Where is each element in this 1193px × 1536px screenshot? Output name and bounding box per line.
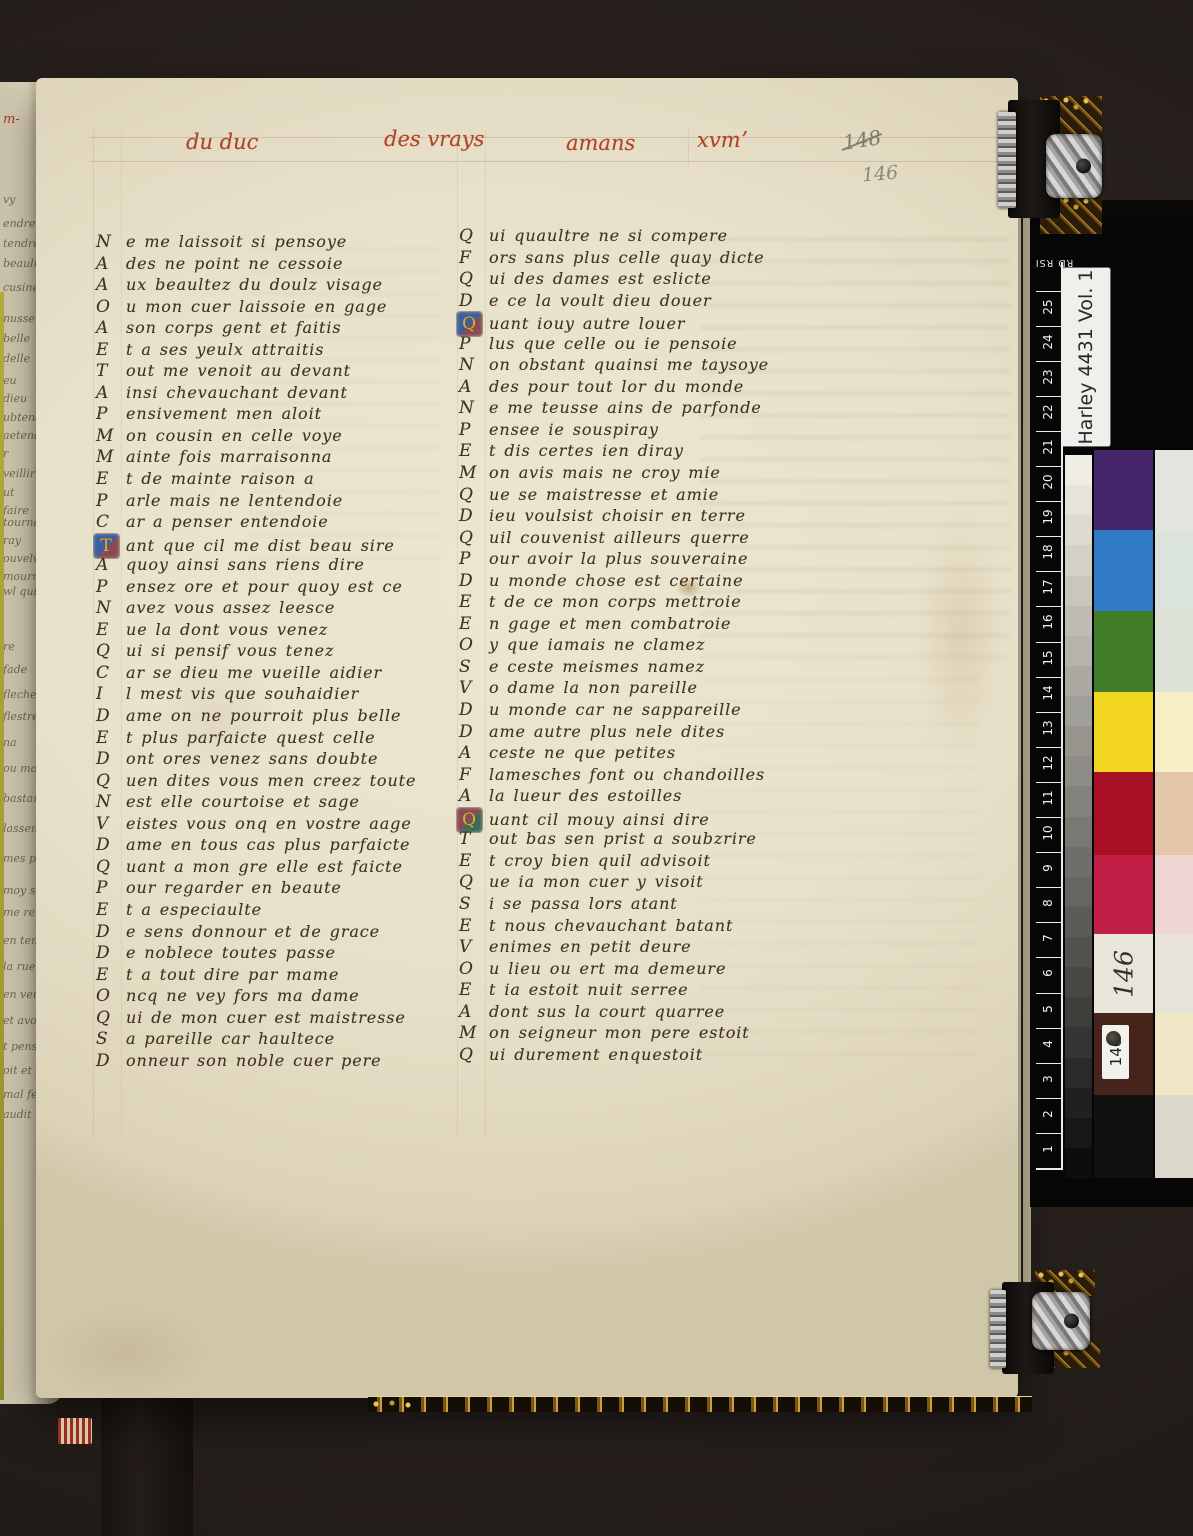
line-initial: T xyxy=(96,361,117,381)
line-initial: E xyxy=(96,620,117,640)
grayscale-step xyxy=(1065,576,1092,607)
line-initial: A xyxy=(96,555,117,575)
text-line: En gage et men combatroie xyxy=(459,614,831,636)
line-text: ue la dont vous venez xyxy=(126,620,328,639)
line-initial: A xyxy=(96,275,117,295)
text-line: Mon avis mais ne croy mie xyxy=(459,463,831,485)
line-initial: Q xyxy=(459,269,480,289)
line-text: dont sus la court quarree xyxy=(489,1002,725,1021)
ruler-unit: 9 xyxy=(1036,852,1062,888)
line-initial: Q xyxy=(96,641,117,661)
ruler-unit: 20 xyxy=(1036,466,1062,502)
ruler-unit: 21 xyxy=(1036,431,1062,467)
line-initial: V xyxy=(459,937,480,957)
line-text: our avoir la plus souveraine xyxy=(489,549,748,568)
text-line: Du monde chose est certaine xyxy=(459,571,831,593)
line-initial: A xyxy=(459,743,480,763)
line-initial: Q xyxy=(459,1045,480,1065)
line-initial: N xyxy=(459,398,480,418)
line-initial: S xyxy=(459,657,480,677)
line-initial: F xyxy=(459,248,480,268)
ruler-number: 9 xyxy=(1041,857,1055,879)
line-initial: Q xyxy=(459,226,480,246)
grayscale-step xyxy=(1065,877,1092,908)
ruler-unit: 5 xyxy=(1036,993,1062,1029)
line-text: on avis mais ne croy mie xyxy=(489,463,721,482)
line-text: on cousin en celle voye xyxy=(126,426,343,445)
running-title-word: des vrays xyxy=(384,127,484,151)
edge-text-fragment: vy xyxy=(3,193,16,206)
line-text: ar a penser entendoie xyxy=(126,512,329,531)
ruler-number: 25 xyxy=(1041,296,1055,318)
ruler-unit: 6 xyxy=(1036,957,1062,993)
text-line: Se ceste meismes namez xyxy=(459,657,831,679)
ruling-line xyxy=(90,161,1010,162)
line-initial: D xyxy=(459,571,480,591)
line-initial: I xyxy=(96,684,117,704)
edge-text-fragment: re xyxy=(3,640,15,653)
ruler-unit: 24 xyxy=(1036,326,1062,362)
text-line: Dame en tous cas plus parfaicte xyxy=(96,835,456,857)
text-line: Sa pareille car haultece xyxy=(96,1029,456,1051)
line-initial: E xyxy=(96,728,117,748)
text-line: Pensivement men aloit xyxy=(96,404,456,426)
text-line: Qui durement enquestoit xyxy=(459,1045,831,1067)
line-initial: A xyxy=(96,254,117,274)
ruler-number: 17 xyxy=(1041,576,1055,598)
text-line: Et croy bien quil advisoit xyxy=(459,851,831,873)
text-line: Mon seigneur mon pere estoit xyxy=(459,1023,831,1045)
ruler-end-tick xyxy=(1036,1168,1062,1170)
color-patch-blue xyxy=(1094,530,1153,611)
ruler-unit: 12 xyxy=(1036,747,1062,783)
ruler-number: 12 xyxy=(1041,752,1055,774)
line-initial: E xyxy=(459,980,480,1000)
ruler-top-text: RD RSI xyxy=(1034,252,1074,268)
line-initial: E xyxy=(459,592,480,612)
text-line: Ne me laissoit si pensoye xyxy=(96,232,456,254)
grayscale-step xyxy=(1065,786,1092,817)
ruler-unit: 16 xyxy=(1036,606,1062,642)
text-line: Oy que iamais ne clamez xyxy=(459,635,831,657)
line-text: y que iamais ne clamez xyxy=(489,635,705,654)
line-text: des pour tout lor du monde xyxy=(489,377,744,396)
line-text: e noblece toutes passe xyxy=(126,943,336,962)
line-text: ensee ie souspiray xyxy=(489,420,659,439)
ruler-number: 23 xyxy=(1041,366,1055,388)
line-text: t croy bien quil advisoit xyxy=(489,851,711,870)
line-initial: M xyxy=(459,1023,480,1043)
running-title-word: amans xyxy=(566,131,635,155)
color-patch-yellow xyxy=(1094,692,1153,772)
line-text: ar se dieu me vueille aidier xyxy=(126,663,382,682)
line-text: est elle courtoise et sage xyxy=(126,792,360,811)
line-text: u monde chose est certaine xyxy=(489,571,744,590)
line-text: e me laissoit si pensoye xyxy=(126,232,347,251)
line-text: t de ce mon corps mettroie xyxy=(489,592,742,611)
line-text: ncq ne vey fors ma dame xyxy=(126,986,360,1005)
text-line: Ou mon cuer laissoie en gage xyxy=(96,297,456,319)
text-line: Ainsi chevauchant devant xyxy=(96,383,456,405)
line-text: u monde car ne sappareille xyxy=(489,700,742,719)
grayscale-step xyxy=(1065,1088,1092,1119)
text-line: Pensez ore et pour quoy est ce xyxy=(96,577,456,599)
line-text: ui des dames est eslicte xyxy=(489,269,712,288)
text-line: Et dis certes ien diray xyxy=(459,441,831,463)
line-initial: A xyxy=(459,1002,480,1022)
text-line: Et plus parfaicte quest celle xyxy=(96,728,456,750)
line-initial: D xyxy=(459,700,480,720)
color-patch-side-white xyxy=(1155,934,1193,1013)
running-title-word: xvmʼ xyxy=(697,128,747,152)
line-initial: S xyxy=(96,1029,117,1049)
line-initial: E xyxy=(459,916,480,936)
grayscale-step xyxy=(1065,455,1092,486)
text-line: Et nous chevauchant batant xyxy=(459,916,831,938)
color-patch-black xyxy=(1094,1095,1153,1178)
text-line: Mon cousin en celle voye xyxy=(96,426,456,448)
text-line: Non obstant quainsi me taysoye xyxy=(459,355,831,377)
line-initial: D xyxy=(96,943,117,963)
grayscale-step xyxy=(1065,1148,1092,1179)
line-text: ui durement enquestoit xyxy=(489,1045,703,1064)
shelfmark-text: Harley 4431 Vol. 1 xyxy=(1075,270,1097,445)
grayscale-step xyxy=(1065,726,1092,757)
line-text: ui de mon cuer est maistresse xyxy=(126,1008,406,1027)
edge-text-fragment: dieu xyxy=(3,392,27,405)
line-initial: P xyxy=(96,577,117,597)
ruler-unit: 13 xyxy=(1036,712,1062,748)
ruler-unit: 3 xyxy=(1036,1063,1062,1099)
line-text: son corps gent et faitis xyxy=(126,318,341,337)
ruler-number: 24 xyxy=(1041,331,1055,353)
line-initial: P xyxy=(459,420,480,440)
text-line: Quant a mon gre elle est faicte xyxy=(96,857,456,879)
edge-text-fragment: m- xyxy=(3,112,20,127)
line-initial: M xyxy=(96,447,117,467)
line-text: t ia estoit nuit serree xyxy=(489,980,689,999)
line-initial: Q xyxy=(96,857,117,877)
ruling-line xyxy=(688,130,689,166)
line-text: t dis certes ien diray xyxy=(489,441,684,460)
ruler-number: 10 xyxy=(1041,822,1055,844)
text-line: Pour regarder en beaute xyxy=(96,878,456,900)
ruler-number: 1 xyxy=(1041,1138,1055,1160)
ruler-unit: 18 xyxy=(1036,536,1062,572)
line-text: des ne point ne cessoie xyxy=(126,254,343,273)
line-initial: P xyxy=(96,878,117,898)
line-text: ainte fois marraisonna xyxy=(126,447,332,466)
line-initial: P xyxy=(96,404,117,424)
line-initial: O xyxy=(459,959,480,979)
text-line: Quant cil mouy ainsi dire xyxy=(459,808,831,830)
text-line: Vo dame la non pareille xyxy=(459,678,831,700)
ruler-number: 14 xyxy=(1041,682,1055,704)
line-initial: A xyxy=(459,786,480,806)
text-line: Du monde car ne sappareille xyxy=(459,700,831,722)
text-line: Tout bas sen prist a soubzrire xyxy=(459,829,831,851)
grayscale-step xyxy=(1065,1058,1092,1089)
edge-text-fragment: fade xyxy=(3,663,27,676)
line-text: arle mais ne lentendoie xyxy=(126,491,343,510)
line-initial: A xyxy=(96,318,117,338)
line-initial: N xyxy=(96,232,117,252)
ruler-number: 11 xyxy=(1041,787,1055,809)
grayscale-step xyxy=(1065,696,1092,727)
ruler-unit: 2 xyxy=(1036,1098,1062,1134)
ruler-number: 4 xyxy=(1041,1033,1055,1055)
metal-clip-bottom xyxy=(1032,1292,1090,1350)
line-text: ensez ore et pour quoy est ce xyxy=(126,577,403,596)
edge-text-fragment: delle xyxy=(3,352,30,365)
foliation-sticker: 146 xyxy=(1102,1025,1129,1079)
grayscale-step xyxy=(1065,756,1092,787)
text-line: Nest elle courtoise et sage xyxy=(96,792,456,814)
ruler-unit: 22 xyxy=(1036,396,1062,432)
line-initial: T xyxy=(459,829,480,849)
line-text: uil couvenist ailleurs querre xyxy=(489,528,750,547)
text-line: Ason corps gent et faitis xyxy=(96,318,456,340)
ruler-unit: 25 xyxy=(1036,291,1062,327)
grayscale-step xyxy=(1065,997,1092,1028)
line-initial: Q xyxy=(459,872,480,892)
line-initial: Q xyxy=(459,485,480,505)
text-line: Veistes vous onq en vostre aage xyxy=(96,814,456,836)
ruler-number: 19 xyxy=(1041,506,1055,528)
text-line: Dame autre plus nele dites xyxy=(459,722,831,744)
text-line: Mainte fois marraisonna xyxy=(96,447,456,469)
text-line: Et de mainte raison a xyxy=(96,469,456,491)
line-initial: F xyxy=(459,765,480,785)
ruler-unit: 4 xyxy=(1036,1028,1062,1064)
line-text: ont ores venez sans doubte xyxy=(126,749,378,768)
text-line: Et a especiaulte xyxy=(96,900,456,922)
text-line: Si se passa lors atant xyxy=(459,894,831,916)
grayscale-step xyxy=(1065,937,1092,968)
ruler-number: 2 xyxy=(1041,1103,1055,1125)
line-initial: Q xyxy=(459,528,480,548)
line-text: insi chevauchant devant xyxy=(126,383,348,402)
line-text: o dame la non pareille xyxy=(489,678,698,697)
line-initial: S xyxy=(459,894,480,914)
ruler-unit: 19 xyxy=(1036,501,1062,537)
line-initial: E xyxy=(96,340,117,360)
line-text: t de mainte raison a xyxy=(126,469,315,488)
line-initial: O xyxy=(459,635,480,655)
color-patch-side-dark-purple xyxy=(1155,450,1193,530)
line-initial: E xyxy=(96,900,117,920)
line-text: e me teusse ains de parfonde xyxy=(489,398,762,417)
ruler-number: 20 xyxy=(1041,471,1055,493)
ruler-number: 5 xyxy=(1041,998,1055,1020)
text-line: Parle mais ne lentendoie xyxy=(96,491,456,513)
line-initial: O xyxy=(96,986,117,1006)
text-line: Venimes en petit deure xyxy=(459,937,831,959)
line-text: e ce la voult dieu douer xyxy=(489,291,712,310)
ruling-line xyxy=(93,130,94,1138)
grayscale-step xyxy=(1065,1118,1092,1149)
grayscale-step xyxy=(1065,907,1092,938)
text-line: Et ia estoit nuit serree xyxy=(459,980,831,1002)
text-line: Navez vous assez leesce xyxy=(96,598,456,620)
line-text: onneur son noble cuer pere xyxy=(126,1051,382,1070)
line-text: t nous chevauchant batant xyxy=(489,916,733,935)
stain xyxy=(916,508,1006,768)
line-text: la lueur des estoilles xyxy=(489,786,682,805)
ruler-unit: 8 xyxy=(1036,887,1062,923)
clip-slider xyxy=(998,112,1016,208)
line-text: lamesches font ou chandoilles xyxy=(489,765,765,784)
line-initial: Q xyxy=(96,771,117,791)
spine-endband xyxy=(58,1418,92,1444)
color-patch-green xyxy=(1094,611,1153,692)
text-line: Pour avoir la plus souveraine xyxy=(459,549,831,571)
grayscale-step xyxy=(1065,847,1092,878)
line-text: e sens donnour et de grace xyxy=(126,922,380,941)
fore-edge-highlight xyxy=(0,292,4,1400)
ruler-unit: 1 xyxy=(1036,1133,1062,1169)
edge-text-fragment: ut xyxy=(3,486,15,499)
grayscale-step xyxy=(1065,967,1092,998)
line-initial: D xyxy=(96,706,117,726)
line-initial: C xyxy=(96,663,117,683)
line-text: uant iouy autre louer xyxy=(489,314,685,333)
ruler-number: 15 xyxy=(1041,647,1055,669)
line-text: ame on ne pourroit plus belle xyxy=(126,706,401,725)
text-line: Donneur son noble cuer pere xyxy=(96,1051,456,1073)
line-text: uen dites vous men creez toute xyxy=(126,771,416,790)
line-text: enimes en petit deure xyxy=(489,937,692,956)
text-line: Qui si pensif vous tenez xyxy=(96,641,456,663)
line-initial: M xyxy=(96,426,117,446)
running-title-word: du duc xyxy=(186,130,258,154)
felt-strap-bottom-left xyxy=(101,1396,193,1536)
ruler-number: 22 xyxy=(1041,401,1055,423)
text-line: Qui de mon cuer est maistresse xyxy=(96,1008,456,1030)
illuminated-initial: T xyxy=(94,534,119,558)
grayscale-step xyxy=(1065,606,1092,637)
line-initial: M xyxy=(459,463,480,483)
text-line: Dieu voulsist choisir en terre xyxy=(459,506,831,528)
text-line: Ne me teusse ains de parfonde xyxy=(459,398,831,420)
text-line: Flamesches font ou chandoilles xyxy=(459,765,831,787)
illuminated-initial: Q xyxy=(457,808,482,832)
line-initial: E xyxy=(96,965,117,985)
line-text: our regarder en beaute xyxy=(126,878,342,897)
text-line: Ala lueur des estoilles xyxy=(459,786,831,808)
line-initial: N xyxy=(459,355,480,375)
ruler-number: 18 xyxy=(1041,541,1055,563)
grayscale-step xyxy=(1065,545,1092,576)
line-text: ue se maistresse et amie xyxy=(489,485,719,504)
ruler-unit: 23 xyxy=(1036,361,1062,397)
text-line: Dame on ne pourroit plus belle xyxy=(96,706,456,728)
color-patch-side-dark-brown xyxy=(1155,1013,1193,1095)
line-text: t plus parfaicte quest celle xyxy=(126,728,376,747)
folio-number: 146 xyxy=(861,161,899,186)
color-patch-side-crimson xyxy=(1155,855,1193,934)
text-line: Il mest vis que souhaidier xyxy=(96,684,456,706)
text-line: Car a penser entendoie xyxy=(96,512,456,534)
text-line: De sens donnour et de grace xyxy=(96,922,456,944)
grayscale-step xyxy=(1065,636,1092,667)
line-text: u mon cuer laissoie en gage xyxy=(126,297,387,316)
ruler-number: 8 xyxy=(1041,892,1055,914)
text-line: Tout me venoit au devant xyxy=(96,361,456,383)
text-line: Aquoy ainsi sans riens dire xyxy=(96,555,456,577)
ruler-unit: 14 xyxy=(1036,677,1062,713)
text-line: Que ia mon cuer y visoit xyxy=(459,872,831,894)
ruler-number: 13 xyxy=(1041,717,1055,739)
text-line: Aceste ne que petites xyxy=(459,743,831,765)
ruler-number: 6 xyxy=(1041,962,1055,984)
text-line: Quen dites vous men creez toute xyxy=(96,771,456,793)
line-initial: Q xyxy=(96,1008,117,1028)
line-initial: E xyxy=(459,614,480,634)
text-line: Eue la dont vous venez xyxy=(96,620,456,642)
line-initial: A xyxy=(459,377,480,397)
text-line: Fors sans plus celle quay dicte xyxy=(459,248,831,270)
line-text: ceste ne que petites xyxy=(489,743,676,762)
text-line: Ades pour tout lor du monde xyxy=(459,377,831,399)
color-patch-crimson xyxy=(1094,855,1153,934)
line-initial: D xyxy=(96,922,117,942)
gold-tooled-bottom-edge xyxy=(368,1396,1032,1412)
line-text: u lieu ou ert ma demeure xyxy=(489,959,726,978)
line-text: e ceste meismes namez xyxy=(489,657,705,676)
ruler-number: 3 xyxy=(1041,1068,1055,1090)
line-text: ame en tous cas plus parfaicte xyxy=(126,835,410,854)
text-line: Et a ses yeulx attraitis xyxy=(96,340,456,362)
line-initial: P xyxy=(459,334,480,354)
line-initial: D xyxy=(96,835,117,855)
line-text: ensivement men aloit xyxy=(126,404,322,423)
line-initial: O xyxy=(96,297,117,317)
text-column-right: Qui quaultre ne si compereFors sans plus… xyxy=(459,226,831,1066)
line-initial: D xyxy=(96,749,117,769)
text-line: Que se maistresse et amie xyxy=(459,485,831,507)
text-line: Car se dieu me vueille aidier xyxy=(96,663,456,685)
text-line: Tant que cil me dist beau sire xyxy=(96,534,456,556)
ruler-number: 7 xyxy=(1041,927,1055,949)
line-initial: E xyxy=(459,441,480,461)
ink-foliation-on-patch: 146 xyxy=(1098,938,1150,1010)
line-text: a pareille car haultece xyxy=(126,1029,335,1048)
line-initial: P xyxy=(459,549,480,569)
line-text: ue ia mon cuer y visoit xyxy=(489,872,704,891)
text-line: Plus que celle ou ie pensoie xyxy=(459,334,831,356)
line-text: ui si pensif vous tenez xyxy=(126,641,334,660)
line-initial: N xyxy=(96,792,117,812)
text-line: Quil couvenist ailleurs querre xyxy=(459,528,831,550)
line-initial: V xyxy=(96,814,117,834)
color-patch-side-yellow xyxy=(1155,692,1193,772)
ruler-unit: 15 xyxy=(1036,642,1062,678)
ruling-line xyxy=(457,130,458,1138)
line-initial: V xyxy=(459,678,480,698)
line-text: ors sans plus celle quay dicte xyxy=(489,248,765,267)
stain xyxy=(46,1308,206,1398)
line-text: out bas sen prist a soubzrire xyxy=(489,829,757,848)
line-text: uant cil mouy ainsi dire xyxy=(489,810,710,829)
text-line: Aux beaultez du doulz visage xyxy=(96,275,456,297)
line-text: on obstant quainsi me taysoye xyxy=(489,355,769,374)
text-line: Qui des dames est eslicte xyxy=(459,269,831,291)
line-text: ui quaultre ne si compere xyxy=(489,226,728,245)
line-text: ux beaultez du doulz visage xyxy=(126,275,383,294)
color-patch-side-red xyxy=(1155,772,1193,855)
grayscale-step xyxy=(1065,485,1092,516)
